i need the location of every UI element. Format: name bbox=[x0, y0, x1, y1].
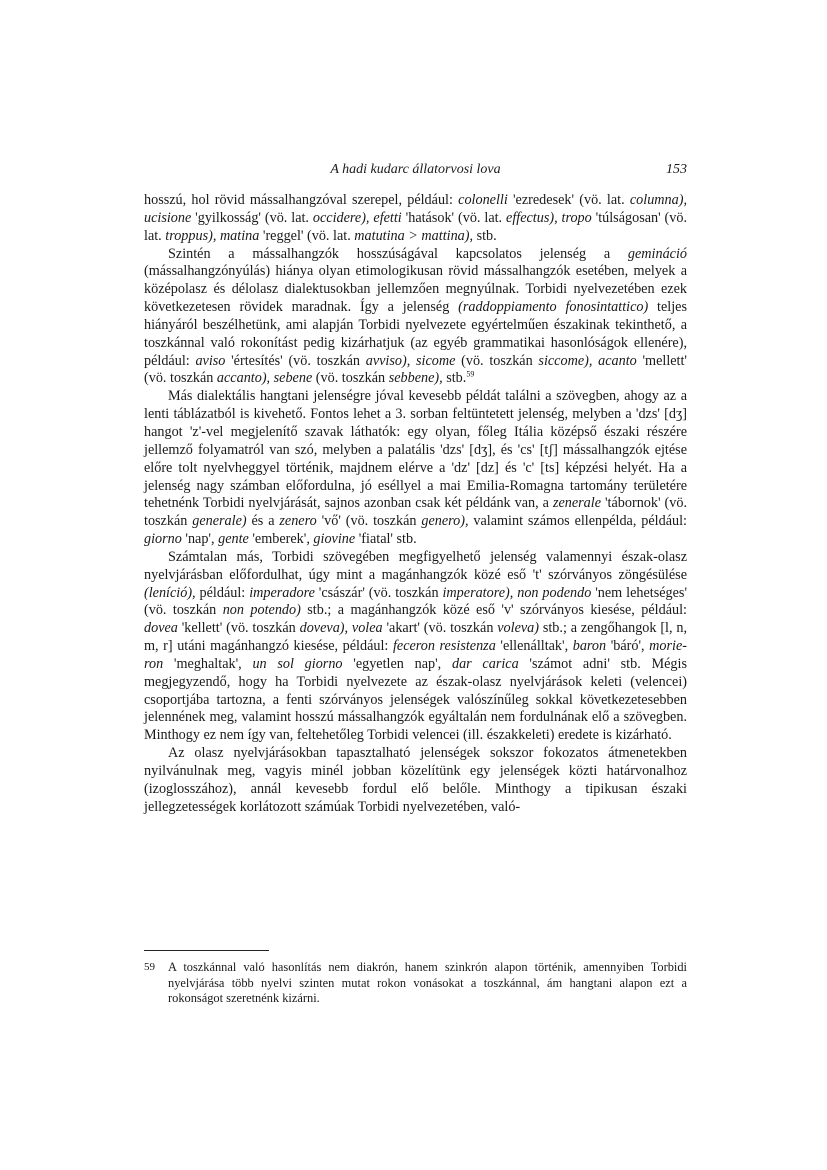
book-page: A hadi kudarc állatorvosi lova 153 hossz… bbox=[144, 160, 687, 817]
text-run: 'ezredesek' (vö. lat. bbox=[508, 192, 630, 208]
italic-term: tropo bbox=[562, 210, 592, 226]
italic-term: im­peratore), bbox=[442, 585, 513, 601]
text-run: 'meghaltak', bbox=[163, 656, 252, 672]
italic-term: ef­fectus), bbox=[506, 210, 558, 226]
italic-term: colonelli bbox=[458, 192, 508, 208]
italic-term: dovea bbox=[144, 620, 178, 636]
italic-term: (raddoppiamento fonosintattico) bbox=[458, 299, 648, 315]
paragraph: Más dialektális hangtani jelenségre jóva… bbox=[144, 388, 687, 549]
italic-term: volea bbox=[352, 620, 383, 636]
italic-term: ucisione bbox=[144, 210, 191, 226]
italic-term: baron bbox=[573, 638, 606, 654]
text-run: stb. bbox=[443, 370, 467, 386]
italic-term: non podendo bbox=[517, 585, 591, 601]
italic-term: avviso), bbox=[366, 353, 411, 369]
italic-term: un sol giorno bbox=[252, 656, 342, 672]
running-head: A hadi kudarc állatorvosi lova 153 bbox=[144, 160, 687, 182]
text-run: (vö. toszkán bbox=[455, 353, 538, 369]
footnote-reference[interactable]: 59 bbox=[466, 370, 474, 379]
footnote-divider bbox=[144, 950, 269, 951]
italic-term: imperadore bbox=[249, 585, 315, 601]
text-run: 'kellett' (vö. toszkán bbox=[178, 620, 300, 636]
text-run: 'gyilkosság' (vö. lat. bbox=[191, 210, 313, 226]
text-run: Számtalan más, Torbidi szövegében megfig… bbox=[144, 549, 687, 583]
italic-term: do­veva), bbox=[300, 620, 348, 636]
text-run: 'vő' (vö. toszkán bbox=[317, 513, 422, 529]
text-run: 'emberek', bbox=[249, 531, 314, 547]
italic-term: (leníció), bbox=[144, 585, 196, 601]
footnote: 59 A toszkánnal való hasonlítás nem diak… bbox=[144, 960, 687, 1007]
italic-term: matutina > mattina), bbox=[354, 228, 473, 244]
text-run: 'egyetlen nap', bbox=[343, 656, 452, 672]
body-text: hosszú, hol rövid mássalhangzóval szerep… bbox=[144, 192, 687, 817]
italic-term: acanto bbox=[598, 353, 637, 369]
italic-term: troppus), bbox=[165, 228, 216, 244]
text-run: 'akart' (vö. toszkán bbox=[383, 620, 498, 636]
running-head-title: A hadi kudarc állatorvosi lova bbox=[144, 162, 687, 178]
text-run: Az olasz nyelvjárásokban tapasztalható j… bbox=[144, 745, 687, 815]
italic-term: feceron resistenza bbox=[393, 638, 496, 654]
footnote-text: A toszkánnal való hasonlítás nem diakrón… bbox=[168, 960, 687, 1007]
text-run: 'hatások' (vö. lat. bbox=[402, 210, 506, 226]
text-run: és a bbox=[247, 513, 280, 529]
italic-term: occidere), bbox=[313, 210, 370, 226]
italic-term: dar carica bbox=[452, 656, 519, 672]
paragraph: Az olasz nyelvjárásokban tapasztalható j… bbox=[144, 745, 687, 816]
italic-term: zenero bbox=[279, 513, 316, 529]
italic-term: generale) bbox=[192, 513, 246, 529]
italic-term: sebene bbox=[274, 370, 313, 386]
text-run: 'nap', bbox=[182, 531, 218, 547]
text-run: Szintén a mássalhangzók hosszúságával ka… bbox=[168, 246, 628, 262]
italic-term: non potendo) bbox=[223, 602, 301, 618]
text-run: 'reggel' (vö. lat. bbox=[259, 228, 354, 244]
text-run: 'ellenálltak', bbox=[496, 638, 573, 654]
text-run: 'báró', bbox=[606, 638, 649, 654]
italic-term: aviso bbox=[195, 353, 225, 369]
text-run: stb. bbox=[473, 228, 497, 244]
italic-term: genero), bbox=[421, 513, 468, 529]
italic-term: gemináció bbox=[628, 246, 687, 262]
text-run: például: bbox=[196, 585, 250, 601]
text-run: valamint számos ellenpélda, például: bbox=[469, 513, 688, 529]
paragraph: Számtalan más, Torbidi szövegében megfig… bbox=[144, 549, 687, 745]
text-run: stb.; a magánhangzók közé eső 'v' szórvá… bbox=[301, 602, 687, 618]
italic-term: siccome), bbox=[538, 353, 592, 369]
italic-term: efetti bbox=[373, 210, 401, 226]
italic-term: sebbene), bbox=[389, 370, 443, 386]
italic-term: matina bbox=[220, 228, 259, 244]
italic-term: giovine bbox=[313, 531, 355, 547]
italic-term: voleva) bbox=[497, 620, 539, 636]
footnote-number: 59 bbox=[144, 960, 168, 1007]
paragraph: hosszú, hol rövid mássalhangzóval szerep… bbox=[144, 192, 687, 246]
text-run: (vö. toszkán bbox=[312, 370, 388, 386]
italic-term: zenerale bbox=[553, 495, 601, 511]
text-run: 'császár' (vö. toszkán bbox=[315, 585, 443, 601]
italic-term: sicome bbox=[416, 353, 455, 369]
italic-term: gente bbox=[218, 531, 249, 547]
text-run: 'értesítés' (vö. toszkán bbox=[225, 353, 365, 369]
text-run: Más dialektális hangtani jelenségre jóva… bbox=[144, 388, 687, 511]
text-run: hosszú, hol rövid mássalhangzóval szerep… bbox=[144, 192, 458, 208]
text-run: 'fiatal' stb. bbox=[355, 531, 416, 547]
paragraph: Szintén a mássalhangzók hosszúságával ka… bbox=[144, 246, 687, 389]
italic-term: giorno bbox=[144, 531, 182, 547]
italic-term: columna), bbox=[630, 192, 687, 208]
page-number: 153 bbox=[666, 162, 687, 178]
italic-term: accanto), bbox=[217, 370, 270, 386]
